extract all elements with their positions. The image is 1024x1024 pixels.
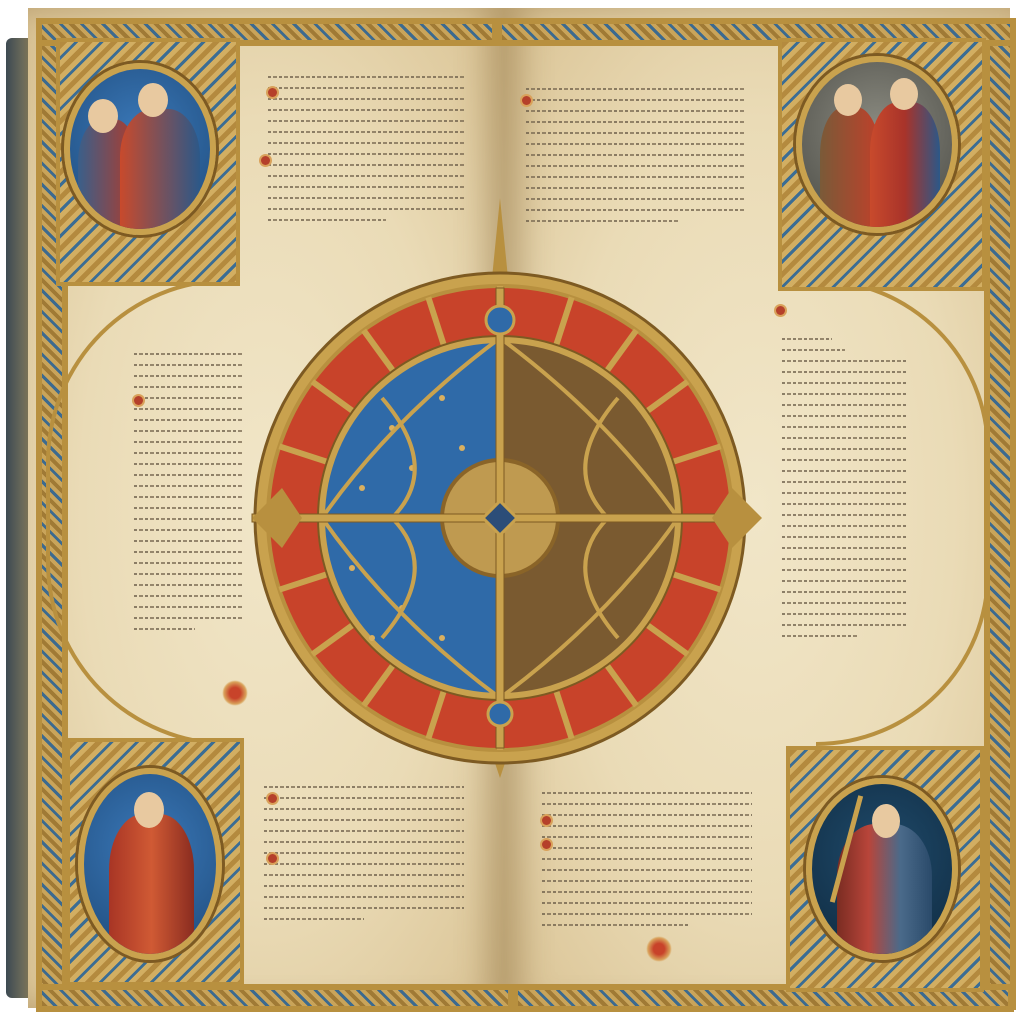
head bbox=[134, 792, 164, 828]
central-rosette-diagram bbox=[242, 188, 782, 788]
head bbox=[88, 99, 118, 133]
bottom-left-medallion-miniature bbox=[78, 768, 222, 960]
top-right-medallion-miniature bbox=[796, 56, 958, 233]
head bbox=[834, 84, 862, 116]
rubric-initial bbox=[134, 396, 143, 405]
head bbox=[890, 78, 918, 110]
open-manuscript-book bbox=[6, 8, 1018, 1012]
floral-ornament-icon bbox=[646, 936, 672, 962]
rubric-initial bbox=[261, 156, 270, 165]
rubric-initial bbox=[542, 840, 551, 849]
rubric-initial bbox=[268, 794, 277, 803]
rubric-initial bbox=[268, 854, 277, 863]
figure bbox=[109, 814, 194, 954]
head bbox=[872, 804, 900, 838]
top-left-medallion-miniature bbox=[64, 63, 216, 235]
figure bbox=[870, 102, 940, 227]
head bbox=[138, 83, 168, 117]
bottom-right-medallion-miniature bbox=[806, 778, 958, 960]
rubric-initial bbox=[522, 96, 531, 105]
right-middle-text-block bbox=[782, 338, 908, 646]
figure bbox=[120, 109, 200, 229]
right-bottom-text-block bbox=[542, 792, 752, 935]
left-bottom-text-block bbox=[264, 786, 464, 929]
rubric-initial bbox=[542, 816, 551, 825]
rubric-initial bbox=[268, 88, 277, 97]
left-middle-text-block bbox=[134, 353, 244, 639]
figure bbox=[837, 824, 932, 954]
bottom-left-border bbox=[36, 984, 514, 1012]
